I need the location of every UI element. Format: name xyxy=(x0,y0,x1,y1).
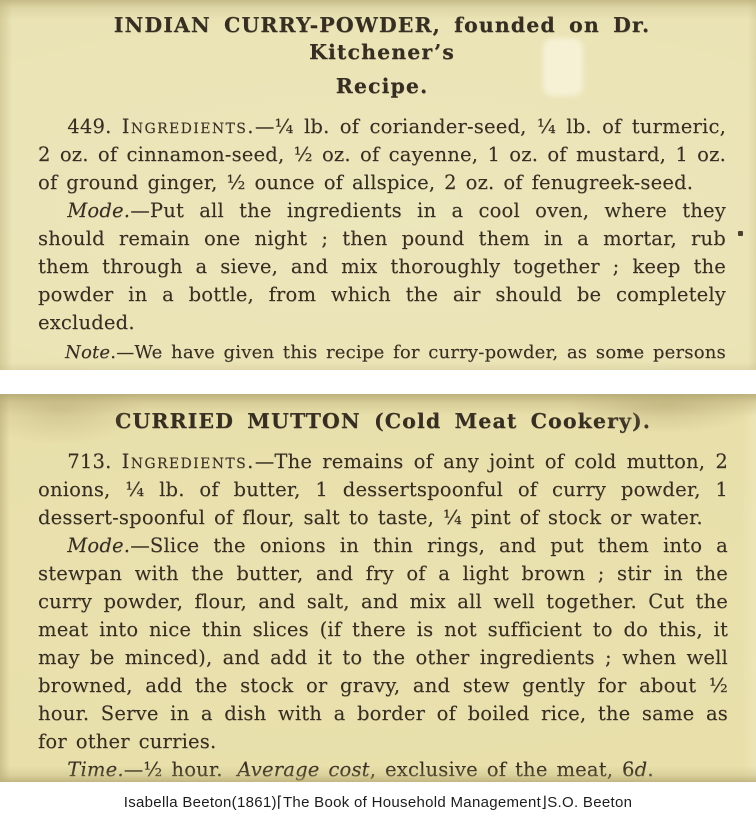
recipe1-mode-paragraph: Mode.—Put all the ingredients in a cool … xyxy=(38,197,726,337)
recipe2-cost-text: , exclusive of the meat, 6 xyxy=(370,758,635,781)
scan1-text-column: INDIAN CURRY-POWDER, founded on Dr. Kitc… xyxy=(0,0,756,370)
caption-text: Isabella Beeton(1861)⌈The Book of Househ… xyxy=(124,793,632,811)
recipe2-title-line1: CURRIED MUTTON (Cold Meat Cookery). xyxy=(38,408,728,435)
recipe1-title: INDIAN CURRY-POWDER, founded on Dr. Kitc… xyxy=(38,12,726,100)
recipe2-time-line: Time.—½ hour.Average cost, exclusive of … xyxy=(38,756,728,782)
recipe1-mode-text: —Put all the ingredients in a cool oven,… xyxy=(38,199,726,334)
recipe2-time-duration: —½ hour. xyxy=(124,758,223,781)
scan-curried-mutton: CURRIED MUTTON (Cold Meat Cookery). 713.… xyxy=(0,394,756,782)
scan2-text-column: CURRIED MUTTON (Cold Meat Cookery). 713.… xyxy=(0,394,756,782)
recipe2-average-cost-label: Average cost xyxy=(237,758,369,781)
recipe2-mode-text: —Slice the onions in thin rings, and put… xyxy=(38,534,728,753)
recipe2-cost-pence-d: d xyxy=(635,758,648,781)
recipe1-ingredients-paragraph: 449. Ingredients.—¼ lb. of coriander-see… xyxy=(38,113,726,197)
recipe2-cost-period: . xyxy=(647,758,653,781)
recipe1-note-lead: Note. xyxy=(65,342,116,363)
caption-bar: Isabella Beeton(1861)⌈The Book of Househ… xyxy=(0,782,756,821)
recipe1-mode-lead: Mode. xyxy=(67,199,130,222)
recipe2-title: CURRIED MUTTON (Cold Meat Cookery). xyxy=(38,408,728,435)
recipe1-ingredients-label: Ingredients. xyxy=(122,115,255,138)
recipe2-mode-lead: Mode. xyxy=(67,534,130,557)
scan-indian-curry-powder: INDIAN CURRY-POWDER, founded on Dr. Kitc… xyxy=(0,0,756,370)
recipe2-time-lead: Time. xyxy=(67,758,123,781)
recipe2-ingredients-label: Ingredients. xyxy=(122,450,255,473)
recipe1-note-paragraph: Note.—We have given this recipe for curr… xyxy=(38,340,726,370)
recipe1-title-line1: INDIAN CURRY-POWDER, founded on Dr. Kitc… xyxy=(38,12,726,66)
recipe2-ingredients-paragraph: 713. Ingredients.—The remains of any joi… xyxy=(38,448,728,532)
recipe2-number: 713. xyxy=(67,450,121,473)
recipe1-number: 449. xyxy=(67,115,122,138)
recipe1-note-text: —We have given this recipe for curry-pow… xyxy=(38,342,726,370)
recipe2-mode-paragraph: Mode.—Slice the onions in thin rings, an… xyxy=(38,532,728,756)
recipe1-title-line2: Recipe. xyxy=(38,73,726,100)
